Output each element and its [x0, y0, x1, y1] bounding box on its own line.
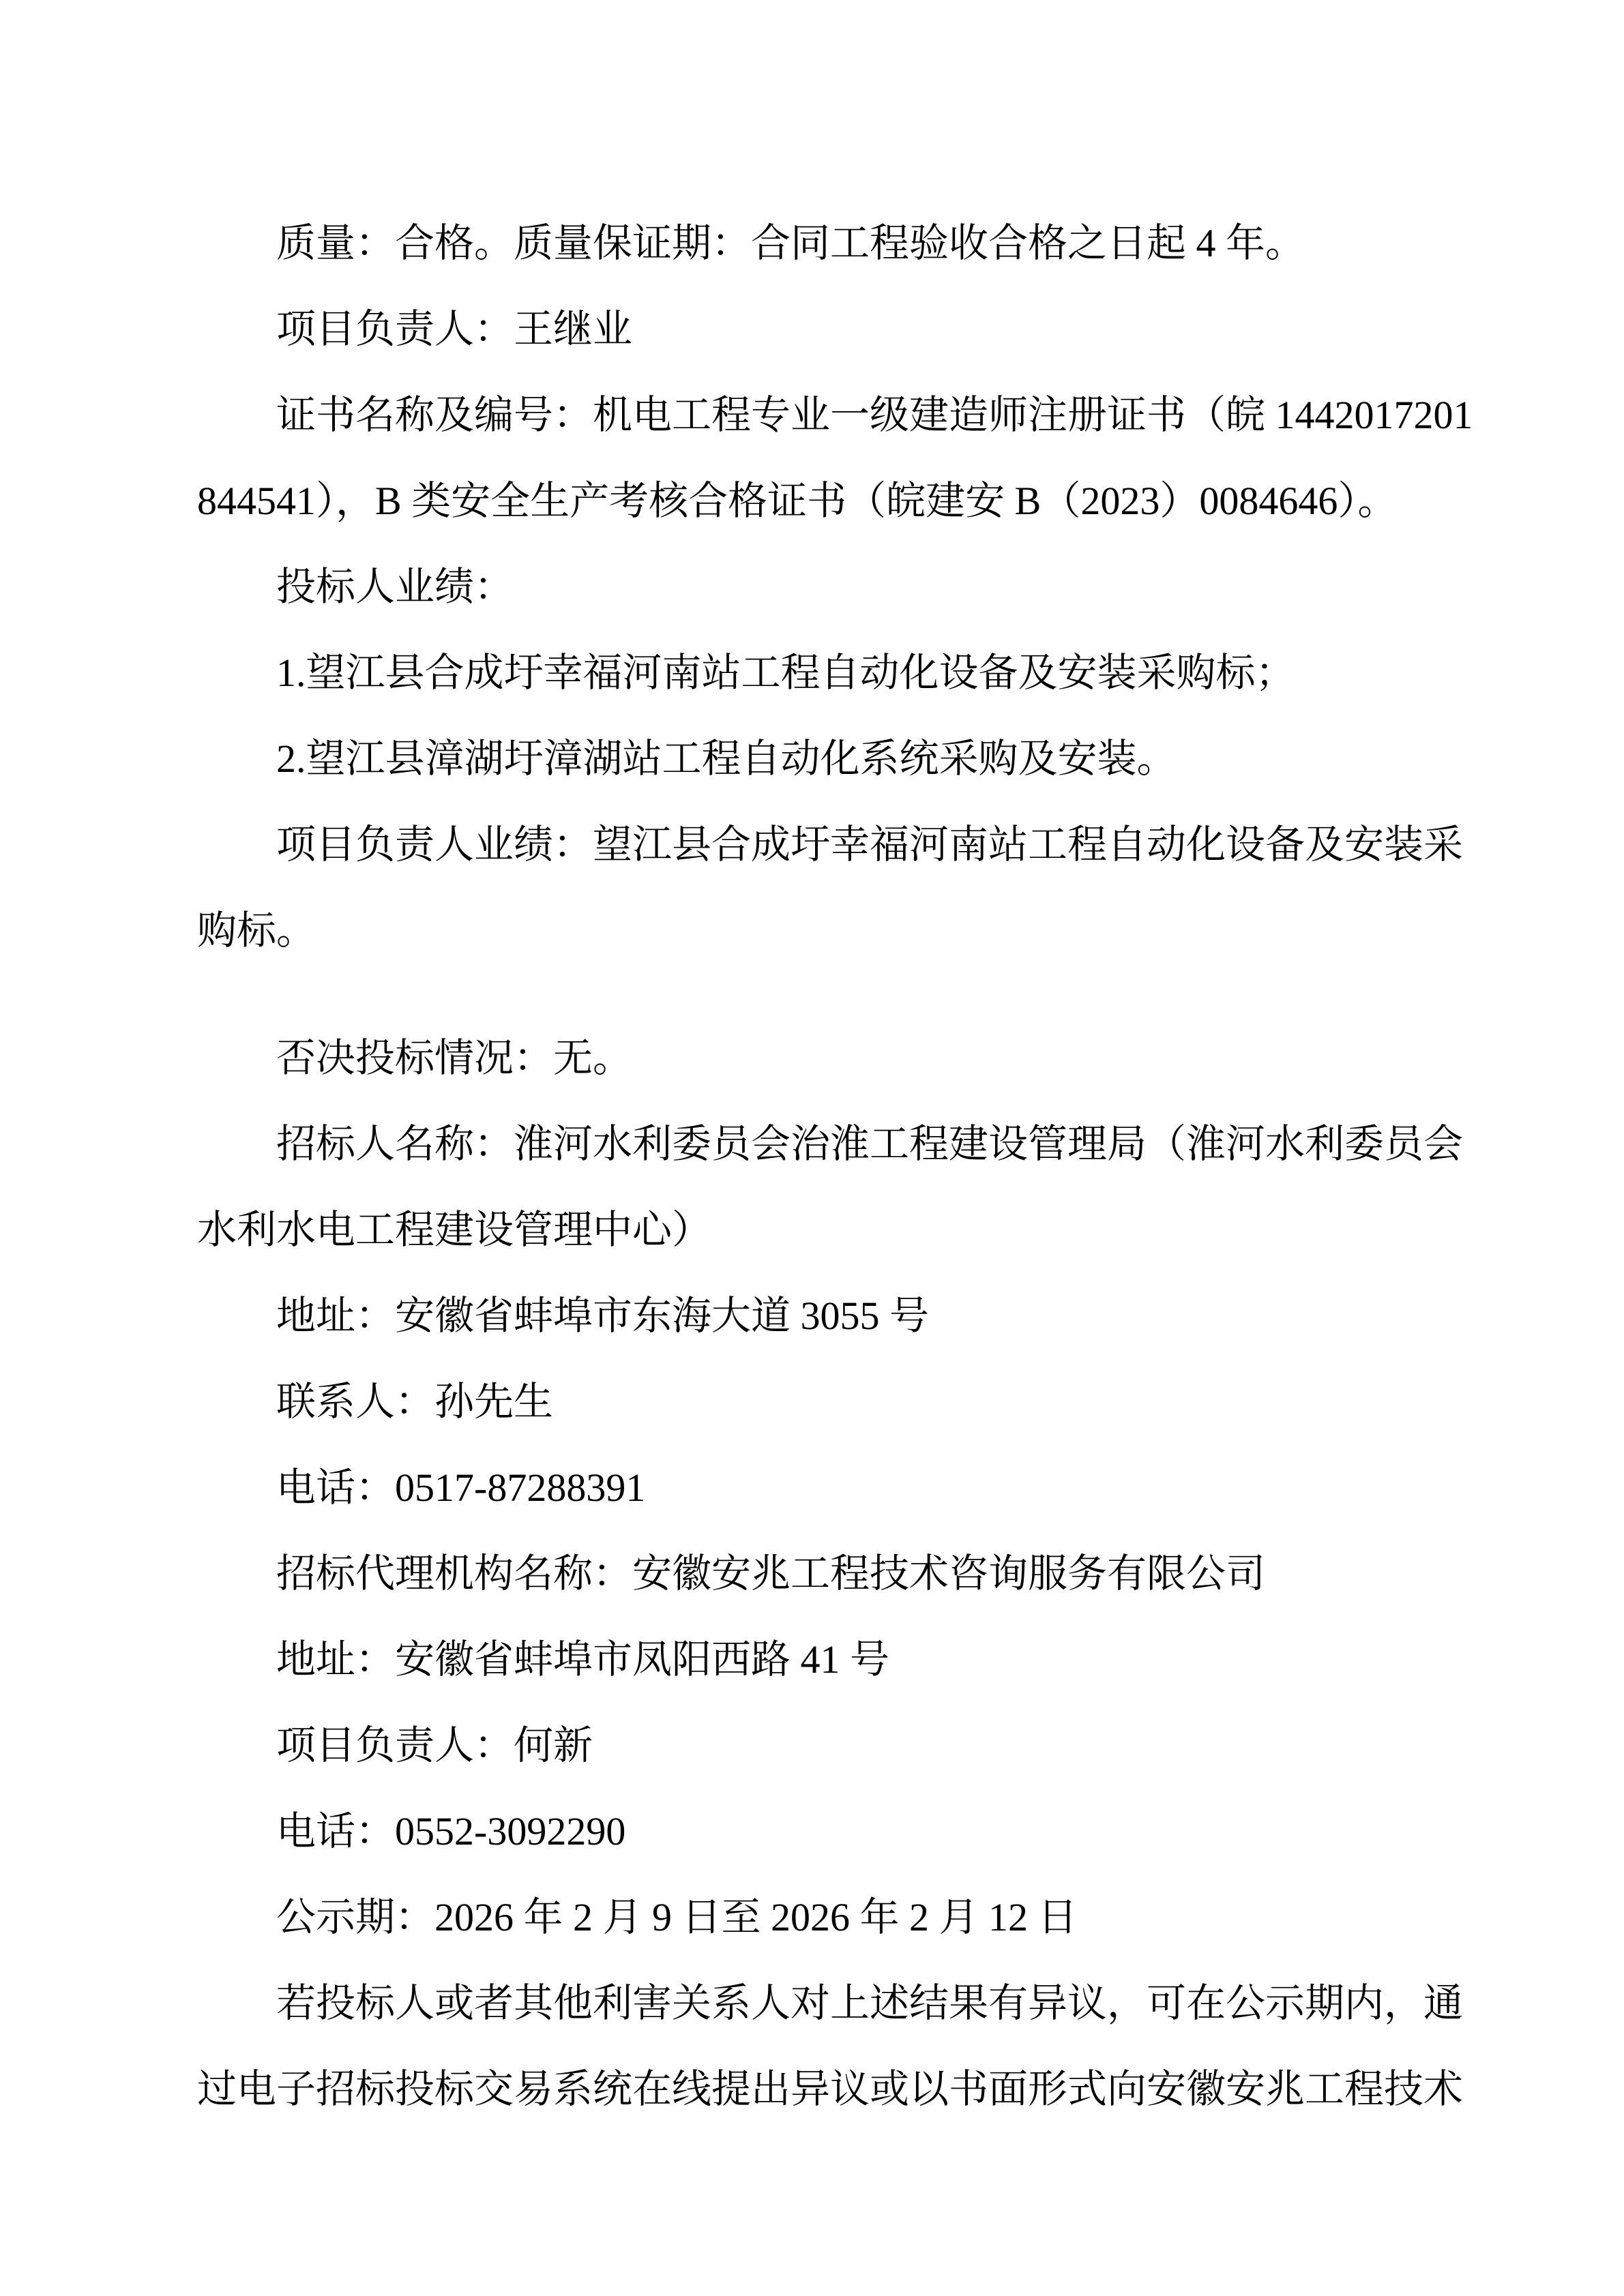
doc-line-tenderer-address: 地址：安徽省蚌埠市东海大道 3055 号	[197, 1273, 1436, 1359]
doc-line-quality: 质量：合格。质量保证期：合同工程验收合格之日起 4 年。	[197, 200, 1436, 286]
doc-line-agency-address: 地址：安徽省蚌埠市凤阳西路 41 号	[197, 1617, 1436, 1703]
doc-line-agency-name: 招标代理机构名称：安徽安兆工程技术咨询服务有限公司	[197, 1531, 1436, 1617]
blank-line	[197, 974, 1436, 1015]
doc-line-rejected-bids: 否决投标情况：无。	[197, 1015, 1436, 1101]
doc-line-pm-achievement-2: 购标。	[197, 888, 1436, 974]
doc-line-pm-achievement-1: 项目负责人业绩：望江县合成圩幸福河南站工程自动化设备及安装采	[197, 802, 1436, 888]
doc-line-agency-phone: 电话：0552-3092290	[197, 1789, 1436, 1875]
document-body: 质量：合格。质量保证期：合同工程验收合格之日起 4 年。 项目负责人：王继业 证…	[0, 0, 1624, 2132]
doc-line-agency-pm: 项目负责人：何新	[197, 1703, 1436, 1789]
doc-line-contact-person: 联系人：孙先生	[197, 1359, 1436, 1445]
document-page: 质量：合格。质量保证期：合同工程验收合格之日起 4 年。 项目负责人：王继业 证…	[0, 0, 1624, 2296]
doc-line-achievement-item-1: 1.望江县合成圩幸福河南站工程自动化设备及安装采购标；	[197, 630, 1436, 716]
doc-line-certificate-2: 844541），B 类安全生产考核合格证书（皖建安 B（2023）0084646…	[197, 458, 1436, 544]
doc-line-tenderer-name-2: 水利水电工程建设管理中心）	[197, 1187, 1436, 1273]
doc-line-project-manager: 项目负责人：王继业	[197, 286, 1436, 372]
doc-line-certificate-1: 证书名称及编号：机电工程专业一级建造师注册证书（皖 1442017201	[197, 372, 1436, 458]
doc-line-achievement-item-2: 2.望江县漳湖圩漳湖站工程自动化系统采购及安装。	[197, 716, 1436, 802]
doc-line-objection-notice-2: 过电子招标投标交易系统在线提出异议或以书面形式向安徽安兆工程技术	[197, 2046, 1436, 2132]
doc-line-objection-notice-1: 若投标人或者其他利害关系人对上述结果有异议，可在公示期内，通	[197, 1960, 1436, 2046]
doc-line-tenderer-name-1: 招标人名称：淮河水利委员会治淮工程建设管理局（淮河水利委员会	[197, 1101, 1436, 1187]
doc-line-bidder-achievements-heading: 投标人业绩：	[197, 544, 1436, 630]
doc-line-publicity-period: 公示期：2026 年 2 月 9 日至 2026 年 2 月 12 日	[197, 1875, 1436, 1960]
doc-line-tenderer-phone: 电话：0517-87288391	[197, 1445, 1436, 1531]
